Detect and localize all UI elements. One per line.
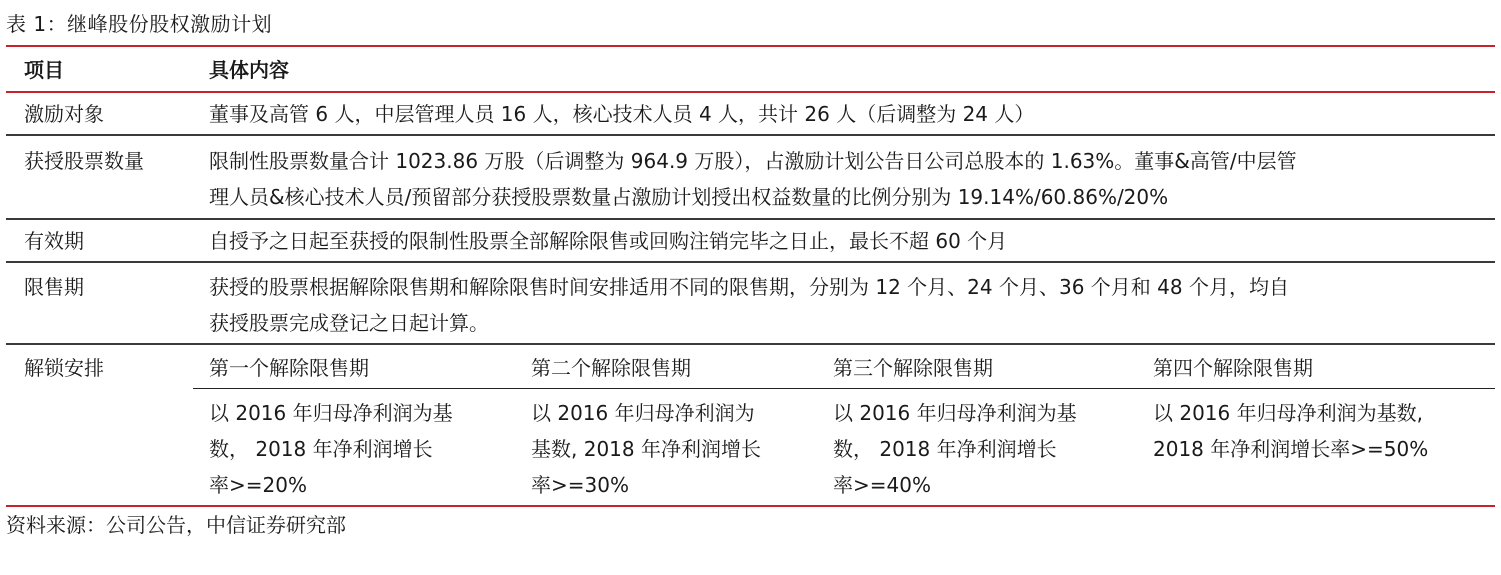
period-condition-line: 基数, 2018 年净利润增长 [531,431,761,467]
row-label: 解锁安排 [24,350,104,386]
period-label: 第四个解除限售期 [1153,350,1313,386]
row-content: 董事及高管 6 人，中层管理人员 16 人，核心技术人员 4 人，共计 26 人… [209,96,1034,132]
row-content: 自授予之日起至获授的限制性股票全部解除限售或回购注销完毕之日止，最长不超 60 … [209,223,1007,259]
source-note: 资料来源：公司公告，中信证券研究部 [6,510,346,540]
period-condition-line: 以 2016 年归母净利润为基数, [1153,395,1423,431]
row-divider [6,134,1495,136]
header-item: 项目 [24,52,64,88]
row-content-line: 获授的股票根据解除限售期和解除限售时间安排适用不同的限售期，分别为 12 个月、… [209,269,1289,305]
period-condition-line: 数， 2018 年净利润增长 [209,431,433,467]
row-content-line: 理人员&核心技术人员/预留部分获授股票数量占激励计划授出权益数量的比例分别为 1… [209,179,1168,215]
period-condition-line: 率>=30% [531,467,629,503]
header-rule [6,91,1495,93]
top-rule [6,45,1495,47]
period-condition-line: 2018 年净利润增长率>=50% [1153,431,1428,467]
period-label: 第二个解除限售期 [531,350,691,386]
row-label: 限售期 [24,269,84,305]
row-label: 激励对象 [24,96,104,132]
period-condition-line: 以 2016 年归母净利润为基 [209,395,453,431]
row-divider [6,261,1495,263]
period-condition-line: 以 2016 年归母净利润为 [531,395,755,431]
row-divider [6,343,1495,345]
period-subheader-rule [193,388,1495,389]
period-condition-line: 数， 2018 年净利润增长 [833,431,1057,467]
period-condition-line: 率>=20% [209,467,307,503]
table-title: 表 1：继峰股份股权激励计划 [6,10,272,38]
row-content-line: 获授股票完成登记之日起计算。 [209,305,489,341]
period-label: 第三个解除限售期 [833,350,993,386]
header-content: 具体内容 [209,52,289,88]
row-label: 有效期 [24,223,84,259]
row-label: 获授股票数量 [24,143,144,179]
period-condition-line: 率>=40% [833,467,931,503]
period-condition-line: 以 2016 年归母净利润为基 [833,395,1077,431]
bottom-rule [6,505,1495,507]
row-content-line: 限制性股票数量合计 1023.86 万股（后调整为 964.9 万股），占激励计… [209,143,1297,179]
period-label: 第一个解除限售期 [209,350,369,386]
row-divider [6,218,1495,220]
